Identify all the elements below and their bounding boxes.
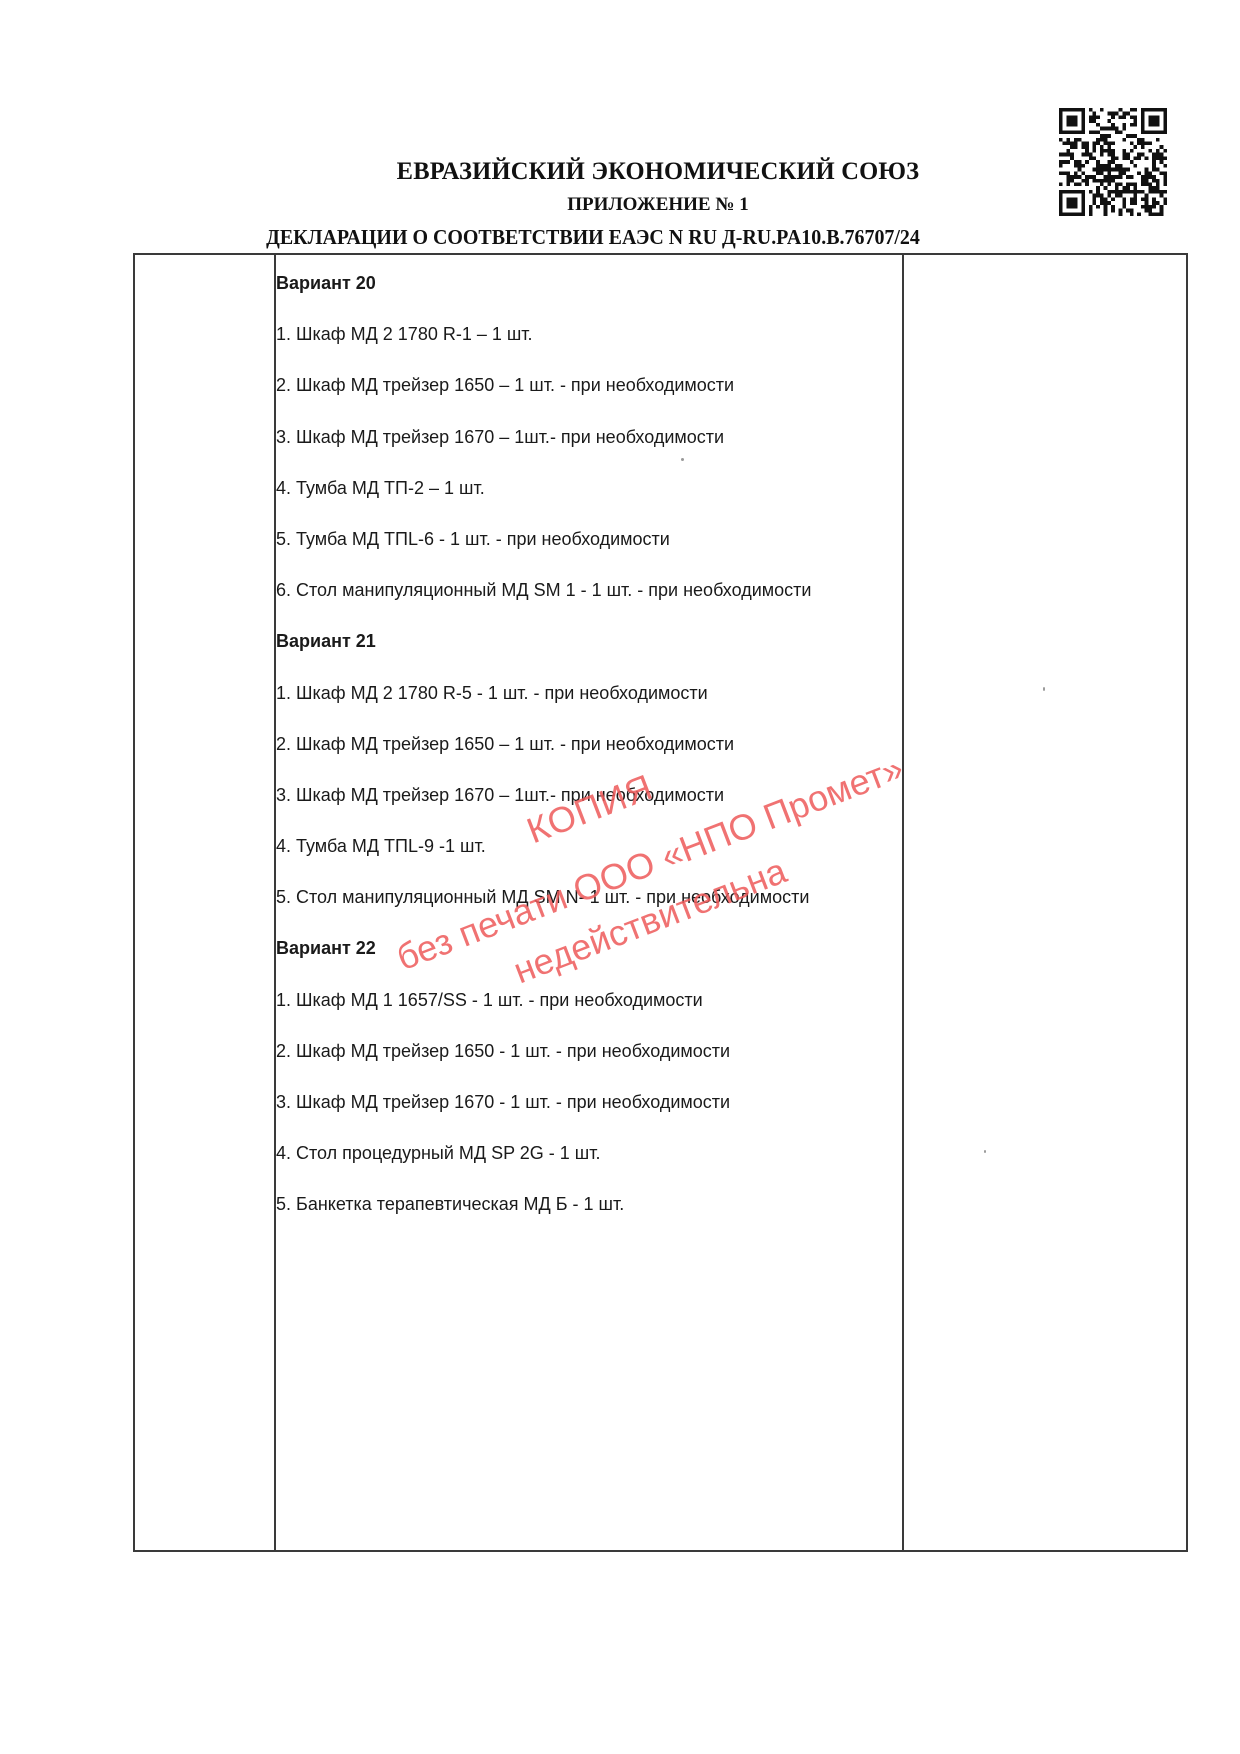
declaration-number: ДЕКЛАРАЦИИ О СООТВЕТСТВИИ ЕАЭС N RU Д-RU… (30, 225, 1157, 250)
variant-item: 4. Тумба МД ТПL-9 -1 шт. (276, 821, 896, 872)
scan-speck (1043, 687, 1045, 691)
variant-title: Вариант 20 (276, 258, 896, 309)
variant-item: 1. Шкаф МД 1 1657/SS - 1 шт. - при необх… (276, 975, 896, 1026)
variant-item: 2. Шкаф МД трейзер 1650 - 1 шт. - при не… (276, 1026, 896, 1077)
variant-item: 5. Банкетка терапевтическая МД Б - 1 шт. (276, 1179, 896, 1230)
appendix-title: ПРИЛОЖЕНИЕ № 1 (0, 194, 1240, 216)
variant-item: 5. Тумба МД ТПL-6 - 1 шт. - при необходи… (276, 514, 896, 565)
variant-title: Вариант 22 (276, 923, 896, 974)
variant-item: 6. Стол манипуляционный МД SM 1 - 1 шт. … (276, 565, 896, 616)
variant-item: 1. Шкаф МД 2 1780 R-5 - 1 шт. - при необ… (276, 668, 896, 719)
union-title: ЕВРАЗИЙСКИЙ ЭКОНОМИЧЕСКИЙ СОЮЗ (13, 158, 1240, 186)
variant-item: 4. Тумба МД ТП-2 – 1 шт. (276, 463, 896, 514)
variant-item: 2. Шкаф МД трейзер 1650 – 1 шт. - при не… (276, 719, 896, 770)
product-variants-list: Вариант 201. Шкаф МД 2 1780 R-1 – 1 шт.2… (276, 258, 896, 1231)
variant-item: 1. Шкаф МД 2 1780 R-1 – 1 шт. (276, 309, 896, 360)
variant-title: Вариант 21 (276, 616, 896, 667)
qr-code-icon (1058, 108, 1168, 216)
column-divider-right (902, 255, 904, 1550)
variant-item: 2. Шкаф МД трейзер 1650 – 1 шт. - при не… (276, 360, 896, 411)
variant-item: 4. Стол процедурный МД SP 2G - 1 шт. (276, 1128, 896, 1179)
variant-item: 5. Стол манипуляционный МД SM N- 1 шт. -… (276, 872, 896, 923)
scan-speck (681, 458, 684, 461)
variant-item: 3. Шкаф МД трейзер 1670 – 1шт.- при необ… (276, 412, 896, 463)
scan-speck (984, 1150, 986, 1153)
variant-item: 3. Шкаф МД трейзер 1670 - 1 шт. - при не… (276, 1077, 896, 1128)
variant-item: 3. Шкаф МД трейзер 1670 – 1шт.- при необ… (276, 770, 896, 821)
